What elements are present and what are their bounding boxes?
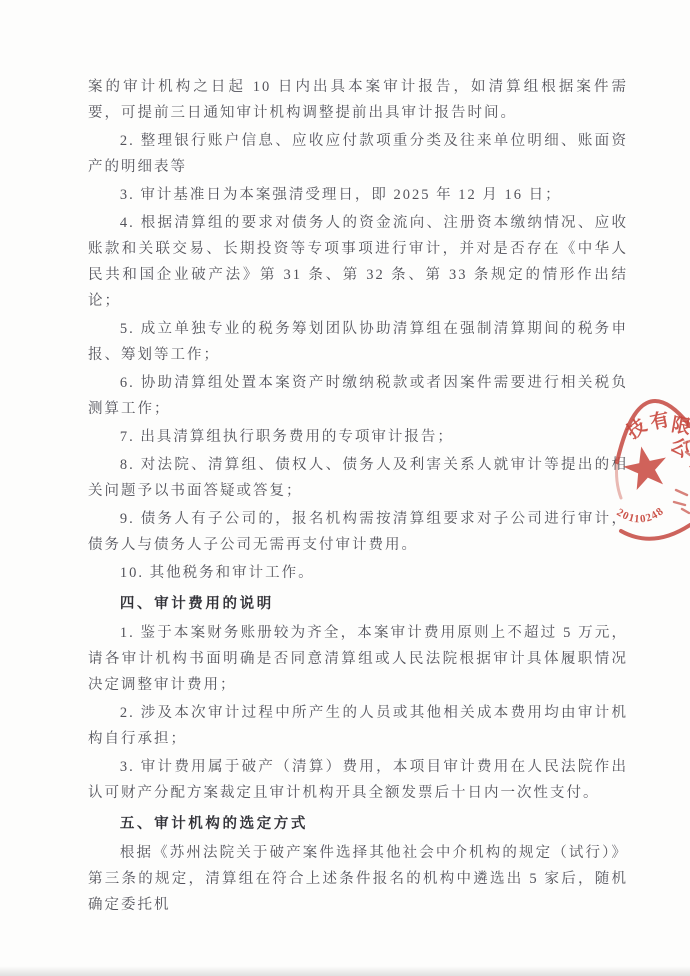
- seal-arc-char: 技: [622, 414, 651, 444]
- numbered-item: 1. 鉴于本案财务账册较为齐全，本案审计费用原则上不超过 5 万元，请各审计机构…: [88, 620, 628, 698]
- document-page: 案的审计机构之日起 10 日内出具本案审计报告，如清算组根据案件需要，可提前三日…: [0, 0, 690, 976]
- numbered-item: 8. 对法院、清算组、债权人、债务人及利害关系人就审计等提出的相关问题予以书面答…: [88, 452, 628, 504]
- numbered-item: 5. 成立单独专业的税务筹划团队协助清算组在强制清算期间的税务申报、筹划等工作；: [88, 316, 628, 368]
- numbered-item: 10. 其他税务和审计工作。: [88, 560, 628, 586]
- seal-arc-char: 有: [648, 407, 671, 433]
- numbered-item: 3. 审计费用属于破产（清算）费用，本项目审计费用在人民法院作出认可财产分配方案…: [88, 754, 628, 806]
- star-icon: [620, 442, 671, 492]
- seal-serial-number: 20110248: [614, 505, 666, 526]
- numbered-item: 4. 根据清算组的要求对债务人的资金流向、注册资本缴纳情况、应收账款和关联交易、…: [88, 210, 628, 314]
- numbered-item: 2. 涉及本次审计过程中所产生的人员或其他相关成本费用均由审计机构自行承担；: [88, 700, 628, 752]
- company-seal: 技 有 限 公 司 20110248: [600, 378, 690, 560]
- section-heading: 五、审计机构的选定方式: [88, 811, 628, 837]
- numbered-item: 9. 债务人有子公司的，报名机构需按清算组要求对子公司进行审计，债务人与债务人子…: [88, 506, 628, 558]
- seal-serial-number-text: 20110248: [614, 505, 666, 526]
- scan-bottom-shadow: [0, 966, 690, 976]
- numbered-item: 7. 出具清算组执行职务费用的专项审计报告；: [88, 424, 628, 450]
- section-heading: 四、审计费用的说明: [88, 591, 628, 617]
- seal-ring-bottom-arc: [621, 525, 690, 539]
- numbered-item: 6. 协助清算组处置本案资产时缴纳税款或者因案件需要进行相关税负测算工作；: [88, 370, 628, 422]
- page-body-text: 案的审计机构之日起 10 日内出具本案审计报告，如清算组根据案件需要，可提前三日…: [88, 74, 628, 920]
- numbered-item: 2. 整理银行账户信息、应收应付款项重分类及往来单位明细、账面资产的明细表等: [88, 128, 628, 180]
- seal-ring-left-arc: [617, 462, 622, 498]
- numbered-item: 根据《苏州法院关于破产案件选择其他社会中介机构的规定（试行）》第三条的规定，清算…: [88, 840, 628, 918]
- numbered-item: 3. 审计基准日为本案强清受理日，即 2025 年 12 月 16 日；: [88, 182, 628, 208]
- paragraph-continuation: 案的审计机构之日起 10 日内出具本案审计报告，如清算组根据案件需要，可提前三日…: [88, 74, 628, 126]
